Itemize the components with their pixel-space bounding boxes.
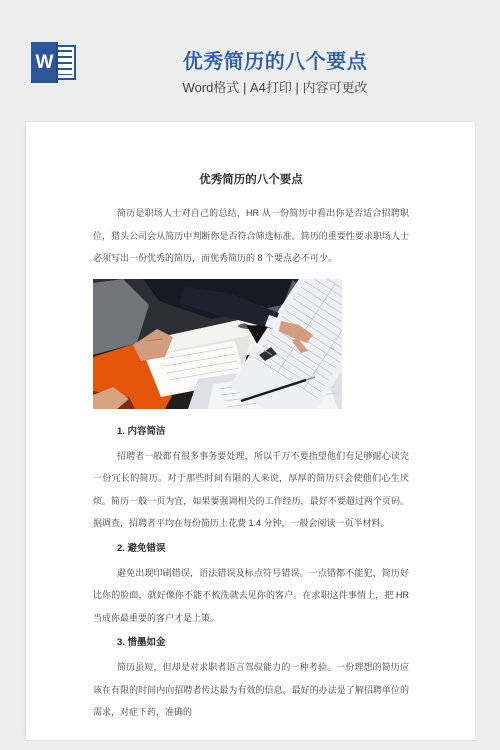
section-paragraph: 招聘者一般都有很多事务要处理，所以千万不要指望他们有足够耐心读完一份冗长的简历。… (93, 445, 409, 535)
word-icon-cover: W (31, 42, 58, 83)
word-icon-letter: W (36, 53, 54, 72)
section-heading: 1. 内容简洁 (93, 425, 409, 439)
page-subtitle: Word格式 | A4打印 | 内容可更改 (75, 77, 475, 96)
page-title: 优秀简历的八个要点 (75, 45, 475, 74)
business-documents-photo (93, 279, 342, 409)
section-heading: 3. 惜墨如金 (93, 636, 409, 650)
intro-paragraph: 简历是职场人士对自己的总结，HR 从一份简历中看出你是否适合招聘职位，猎头公司会… (93, 202, 409, 270)
word-file-icon: W (31, 42, 78, 83)
resume-tip-section-1: 1. 内容简洁 招聘者一般都有很多事务要处理，所以千万不要指望他们有足够耐心读完… (93, 425, 409, 535)
header: W 优秀简历的八个要点 Word格式 | A4打印 | 内容可更改 (0, 0, 500, 110)
resume-tip-section-2: 2. 避免错误 避免出现印刷错误，语法错误及标点符号错误。一点错都不能犯，简历好… (93, 542, 409, 630)
resume-tip-section-3: 3. 惜墨如金 简历虽短，但却是对求职者语言驾驭能力的一种考验。一份理想的简历应… (93, 636, 409, 724)
document-page-preview: 优秀简历的八个要点 简历是职场人士对自己的总结，HR 从一份简历中看出你是否适合… (26, 122, 475, 740)
section-heading: 2. 避免错误 (93, 542, 409, 556)
section-paragraph: 简历虽短，但却是对求职者语言驾驭能力的一种考验。一份理想的简历应该在有限的时间内… (93, 656, 409, 724)
document-title: 优秀简历的八个要点 (93, 122, 409, 188)
section-paragraph: 避免出现印刷错误，语法错误及标点符号错误。一点错都不能犯，简历好比你的脸面，就好… (93, 562, 409, 630)
word-icon-text-lines (57, 50, 72, 75)
